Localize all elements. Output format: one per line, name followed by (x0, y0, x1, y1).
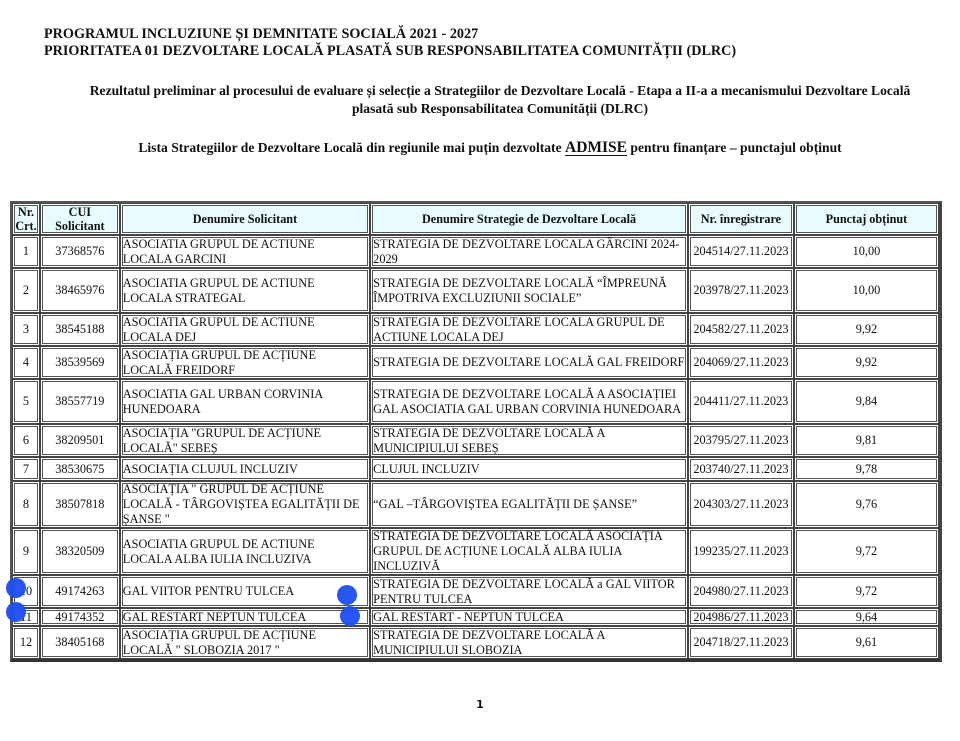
cell-strategie: “GAL –TÂRGOVIȘTEA EGALITĂȚII DE ȘANSE” (370, 481, 688, 528)
document-header: PROGRAMUL INCLUZIUNE ȘI DEMNITATE SOCIAL… (44, 26, 736, 60)
table-row: 738530675ASOCIAȚIA CLUJUL INCLUZIVCLUJUL… (12, 457, 939, 481)
cell-cui: 38465976 (40, 268, 120, 313)
cell-punctaj: 9,64 (794, 608, 939, 626)
cell-punctaj: 9,84 (794, 379, 939, 424)
cell-punctaj: 9,81 (794, 424, 939, 457)
cell-cui: 38557719 (40, 379, 120, 424)
cell-strategie: STRATEGIA DE DEZVOLTARE LOCALĂ a GAL VII… (370, 575, 688, 608)
results-table: Nr. Crt. CUI Solicitant Denumire Solicit… (10, 201, 942, 662)
list-title-after: pentru finanțare – punctajul obținut (627, 140, 842, 155)
cell-cui: 49174263 (40, 575, 120, 608)
cell-strategie: STRATEGIA DE DEZVOLTARE LOCALĂ A MUNICIP… (370, 424, 688, 457)
cell-inregistrare: 203795/27.11.2023 (688, 424, 794, 457)
header-nr: Nr. Crt. (12, 203, 40, 235)
cell-cui: 38530675 (40, 457, 120, 481)
cell-strategie: CLUJUL INCLUZIV (370, 457, 688, 481)
table-row: 838507818ASOCIAȚIA " GRUPUL DE ACȚIUNE L… (12, 481, 939, 528)
cell-strategie: GAL RESTART - NEPTUN TULCEA (370, 608, 688, 626)
cell-solicitant: ASOCIAȚIA GRUPUL DE ACȚIUNE LOCALĂ FREID… (120, 346, 370, 379)
header-solicitant: Denumire Solicitant (120, 203, 370, 235)
cell-nr: 5 (12, 379, 40, 424)
cell-cui: 38539569 (40, 346, 120, 379)
cell-nr: 7 (12, 457, 40, 481)
cell-nr: 3 (12, 313, 40, 346)
touch-marker (337, 585, 357, 605)
table-row: 438539569ASOCIAȚIA GRUPUL DE ACȚIUNE LOC… (12, 346, 939, 379)
cell-punctaj: 9,72 (794, 528, 939, 575)
table-row: 938320509ASOCIATIA GRUPUL DE ACTIUNE LOC… (12, 528, 939, 575)
cell-solicitant: ASOCIATIA GRUPUL DE ACTIUNE LOCALA GARCI… (120, 235, 370, 268)
cell-cui: 38405168 (40, 626, 120, 659)
table-row: 638209501ASOCIAȚIA "GRUPUL DE ACȚIUNE LO… (12, 424, 939, 457)
table-row: 1149174352GAL RESTART NEPTUN TULCEAGAL R… (12, 608, 939, 626)
subtitle-line-2: plasată sub Responsabilitatea Comunități… (40, 100, 960, 118)
document-subtitle: Rezultatul preliminar al procesului de e… (40, 82, 960, 118)
cell-cui: 49174352 (40, 608, 120, 626)
table-row: 137368576ASOCIATIA GRUPUL DE ACTIUNE LOC… (12, 235, 939, 268)
cell-inregistrare: 204718/27.11.2023 (688, 626, 794, 659)
cell-strategie: STRATEGIA DE DEZVOLTARE LOCALĂ A MUNICIP… (370, 626, 688, 659)
header-inregistrare: Nr. înregistrare (688, 203, 794, 235)
cell-solicitant: ASOCIAȚIA "GRUPUL DE ACȚIUNE LOCALĂ" SEB… (120, 424, 370, 457)
header-cui: CUI Solicitant (40, 203, 120, 235)
cell-inregistrare: 204069/27.11.2023 (688, 346, 794, 379)
cell-solicitant: ASOCIATIA GRUPUL DE ACTIUNE LOCALA DEJ (120, 313, 370, 346)
table-row: 1238405168ASOCIAȚIA GRUPUL DE ACȚIUNE LO… (12, 626, 939, 659)
cell-punctaj: 9,61 (794, 626, 939, 659)
cell-punctaj: 10,00 (794, 268, 939, 313)
cell-inregistrare: 199235/27.11.2023 (688, 528, 794, 575)
cell-cui: 38507818 (40, 481, 120, 528)
cell-punctaj: 9,76 (794, 481, 939, 528)
cell-solicitant: ASOCIATIA GRUPUL DE ACTIUNE LOCALA ALBA … (120, 528, 370, 575)
touch-marker (6, 602, 26, 622)
cell-strategie: STRATEGIA DE DEZVOLTARE LOCALA GRUPUL DE… (370, 313, 688, 346)
cell-solicitant: ASOCIATIA GRUPUL DE ACTIUNE LOCALA STRAT… (120, 268, 370, 313)
cell-inregistrare: 204980/27.11.2023 (688, 575, 794, 608)
cell-punctaj: 9,92 (794, 346, 939, 379)
program-title: PROGRAMUL INCLUZIUNE ȘI DEMNITATE SOCIAL… (44, 26, 736, 43)
cell-punctaj: 10,00 (794, 235, 939, 268)
table-header-row: Nr. Crt. CUI Solicitant Denumire Solicit… (12, 203, 939, 235)
cell-punctaj: 9,92 (794, 313, 939, 346)
touch-marker (6, 578, 26, 598)
cell-solicitant: ASOCIAȚIA " GRUPUL DE ACȚIUNE LOCALĂ - T… (120, 481, 370, 528)
table-row: 338545188ASOCIATIA GRUPUL DE ACTIUNE LOC… (12, 313, 939, 346)
cell-solicitant: ASOCIAȚIA CLUJUL INCLUZIV (120, 457, 370, 481)
cell-punctaj: 9,72 (794, 575, 939, 608)
cell-cui: 38545188 (40, 313, 120, 346)
table-body: 137368576ASOCIATIA GRUPUL DE ACTIUNE LOC… (12, 235, 939, 659)
header-strategie: Denumire Strategie de Dezvoltare Locală (370, 203, 688, 235)
cell-nr: 8 (12, 481, 40, 528)
cell-inregistrare: 204514/27.11.2023 (688, 235, 794, 268)
cell-punctaj: 9,78 (794, 457, 939, 481)
cell-strategie: STRATEGIA DE DEZVOLTARE LOCALĂ GAL FREID… (370, 346, 688, 379)
cell-cui: 38209501 (40, 424, 120, 457)
cell-solicitant: GAL RESTART NEPTUN TULCEA (120, 608, 370, 626)
cell-solicitant: ASOCIAȚIA GRUPUL DE ACȚIUNE LOCALĂ " SLO… (120, 626, 370, 659)
cell-inregistrare: 204582/27.11.2023 (688, 313, 794, 346)
cell-solicitant: ASOCIATIA GAL URBAN CORVINIA HUNEDOARA (120, 379, 370, 424)
list-title-before: Lista Strategiilor de Dezvoltare Locală … (138, 140, 565, 155)
cell-inregistrare: 204411/27.11.2023 (688, 379, 794, 424)
cell-inregistrare: 204303/27.11.2023 (688, 481, 794, 528)
table-row: 538557719ASOCIATIA GAL URBAN CORVINIA HU… (12, 379, 939, 424)
cell-nr: 1 (12, 235, 40, 268)
cell-cui: 37368576 (40, 235, 120, 268)
page-number: 1 (0, 698, 960, 711)
cell-inregistrare: 203740/27.11.2023 (688, 457, 794, 481)
cell-strategie: STRATEGIA DE DEZVOLTARE LOCALĂ ASOCIAȚIA… (370, 528, 688, 575)
cell-solicitant: GAL VIITOR PENTRU TULCEA (120, 575, 370, 608)
table-row: 238465976ASOCIATIA GRUPUL DE ACTIUNE LOC… (12, 268, 939, 313)
cell-inregistrare: 204986/27.11.2023 (688, 608, 794, 626)
cell-strategie: STRATEGIA DE DEZVOLTARE LOCALĂ “ÎMPREUNĂ… (370, 268, 688, 313)
cell-strategie: STRATEGIA DE DEZVOLTARE LOCALĂ A ASOCIAȚ… (370, 379, 688, 424)
header-punctaj: Punctaj obținut (794, 203, 939, 235)
cell-nr: 4 (12, 346, 40, 379)
cell-inregistrare: 203978/27.11.2023 (688, 268, 794, 313)
list-title-admise: ADMISE (565, 139, 627, 156)
cell-nr: 2 (12, 268, 40, 313)
cell-cui: 38320509 (40, 528, 120, 575)
list-title: Lista Strategiilor de Dezvoltare Locală … (0, 139, 960, 157)
subtitle-line-1: Rezultatul preliminar al procesului de e… (40, 82, 960, 100)
cell-nr: 12 (12, 626, 40, 659)
priority-title: PRIORITATEA 01 DEZVOLTARE LOCALĂ PLASATĂ… (44, 43, 736, 60)
touch-marker (340, 606, 360, 626)
cell-strategie: STRATEGIA DE DEZVOLTARE LOCALA GÂRCINI 2… (370, 235, 688, 268)
table-row: 1049174263GAL VIITOR PENTRU TULCEASTRATE… (12, 575, 939, 608)
cell-nr: 9 (12, 528, 40, 575)
cell-nr: 6 (12, 424, 40, 457)
